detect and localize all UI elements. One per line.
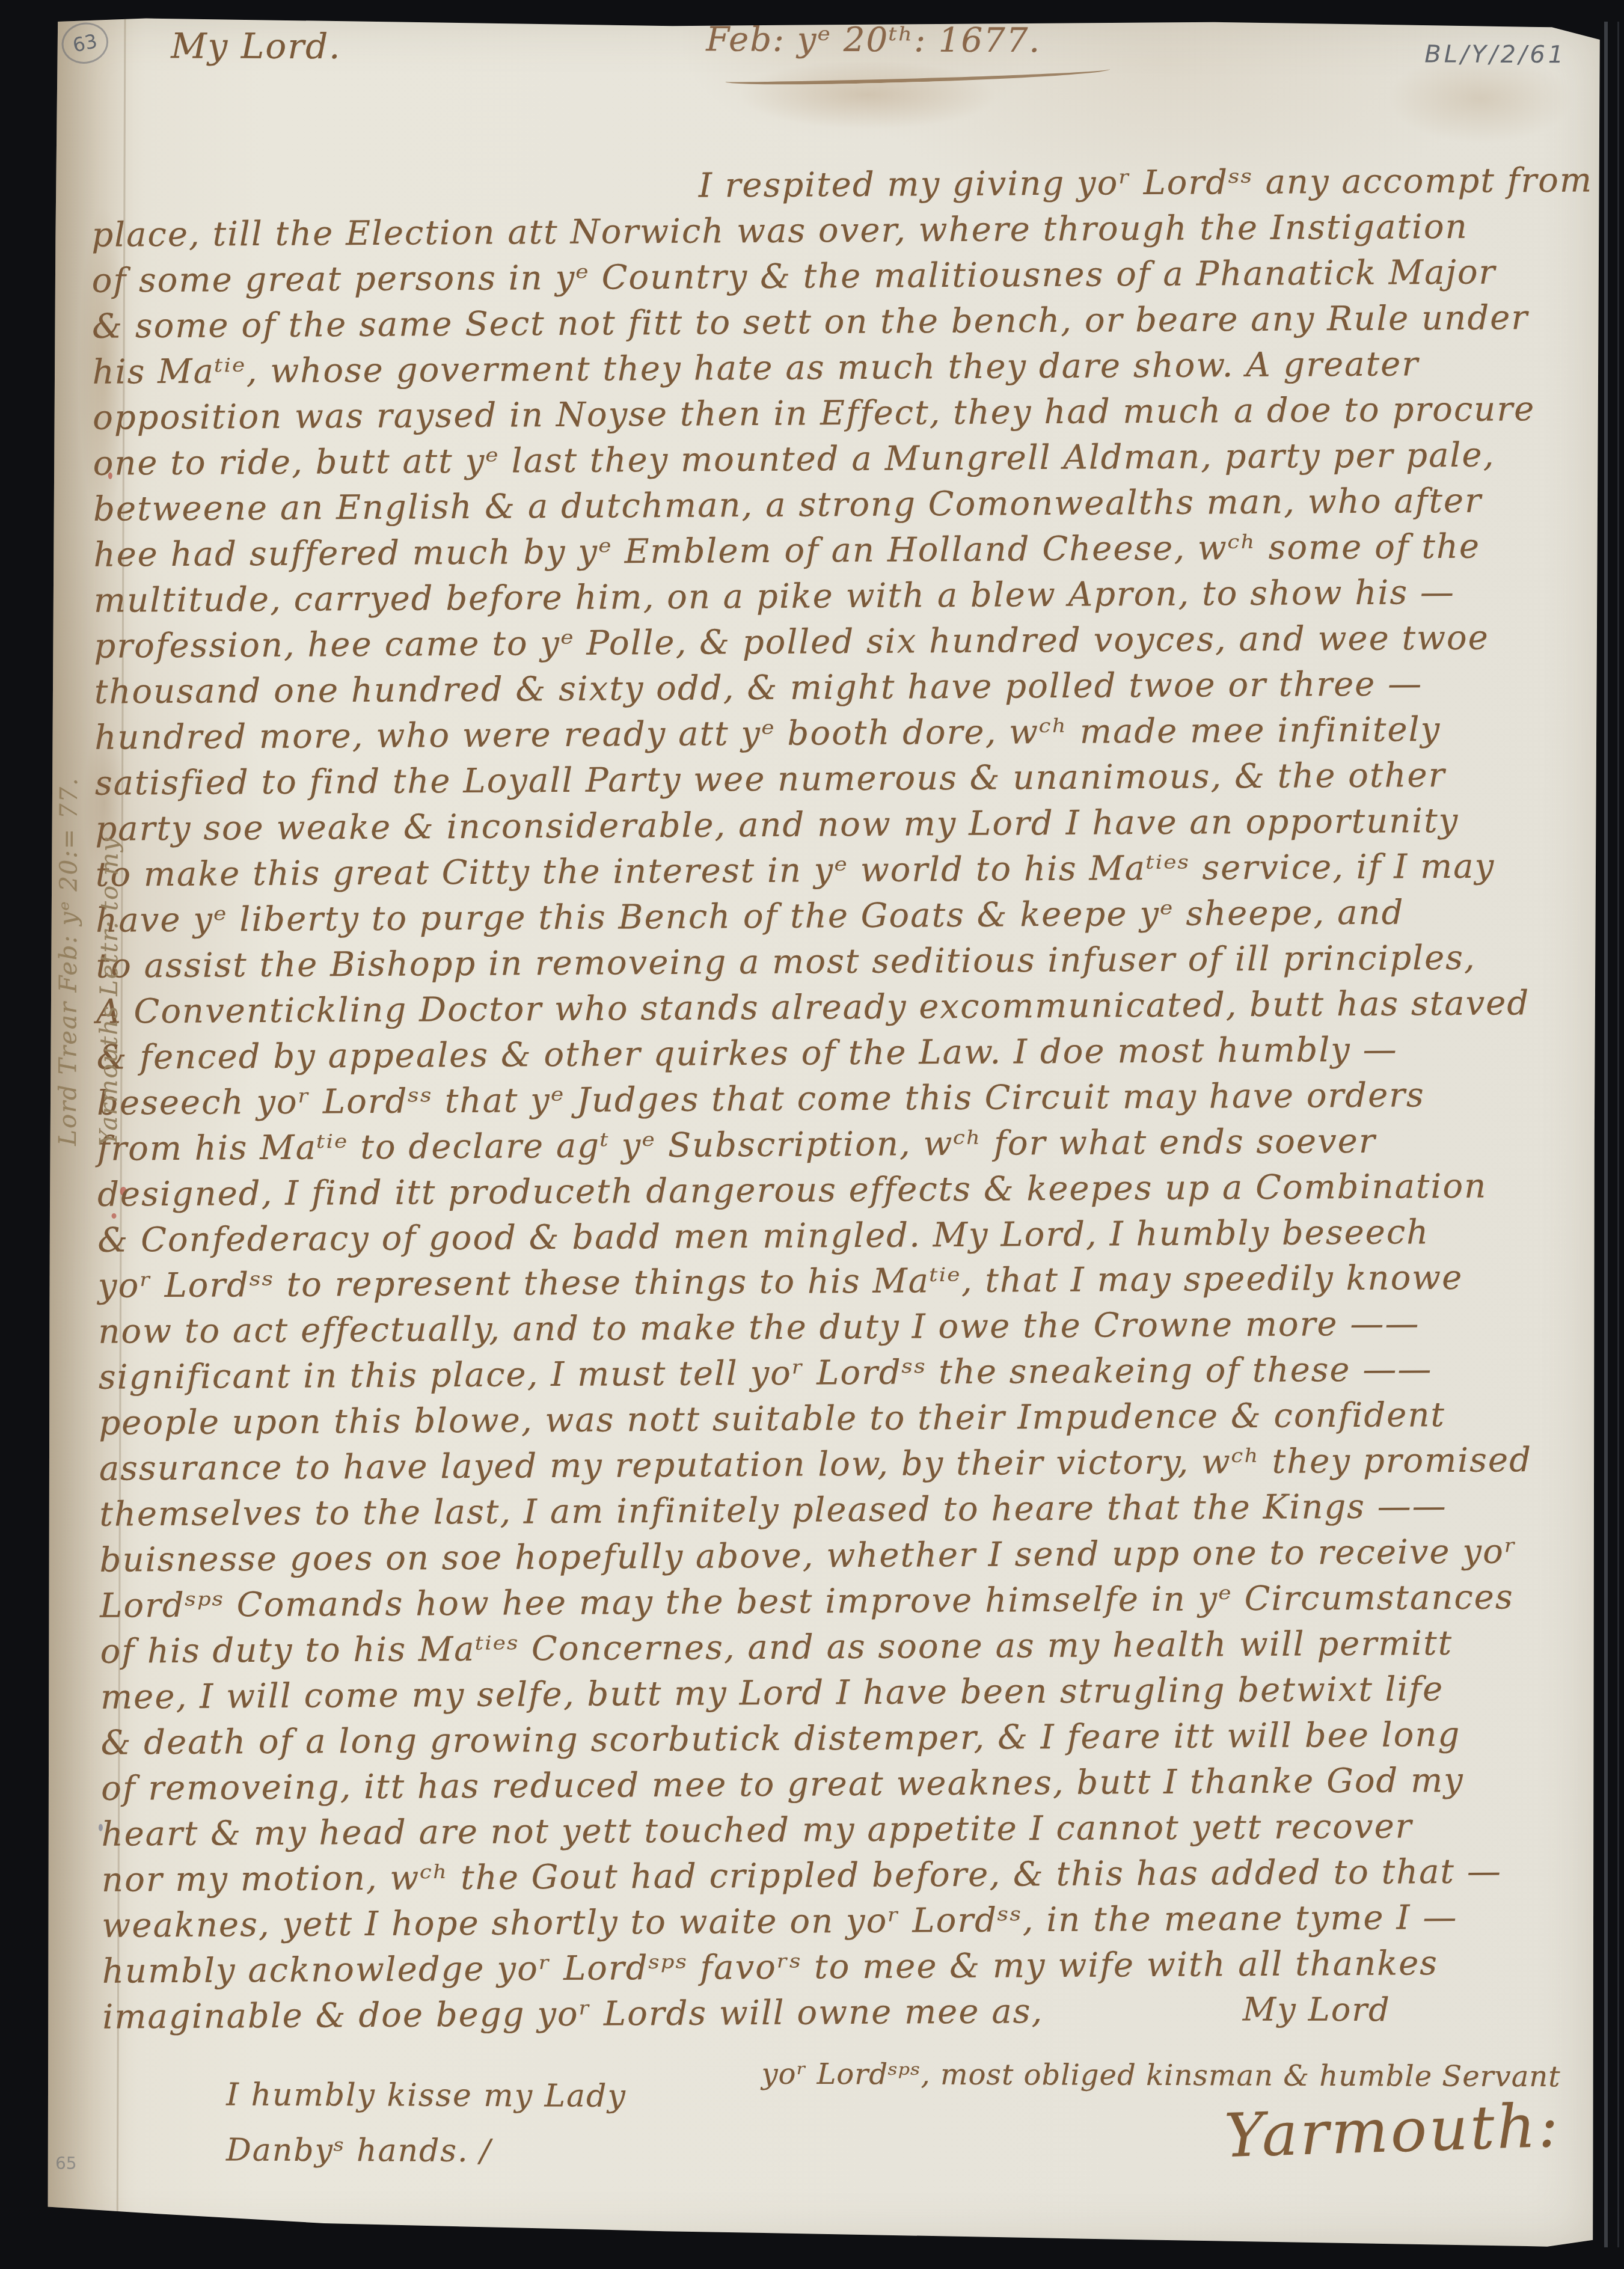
body-line: I respited my giving yoʳ Lordˢˢ any acco… [699, 158, 1586, 209]
postscript-line: I humbly kisse my Lady [226, 2068, 627, 2124]
shelfmark: BL/Y/2/61 [1424, 40, 1566, 69]
paper-sheet: 63 My Lord. Feb: yᵉ 20ᵗʰ: 1677. BL/Y/2/6… [46, 16, 1602, 2250]
body-line: humbly acknowledge yoʳ Lordˢᵖˢ favoʳˢ to… [102, 1940, 1596, 1995]
closing-address: My Lord [1243, 1990, 1391, 2029]
signature: Yarmouth: [1224, 2090, 1562, 2172]
letter-body: I respited my giving yoʳ Lordˢˢ any acco… [91, 158, 1597, 2041]
docket-line: Yarmouths Lettr: to my [88, 617, 131, 1146]
date-line: Feb: yᵉ 20ᵗʰ: 1677. [706, 20, 1041, 60]
adjacent-page-edge [1617, 22, 1619, 2247]
corner-pencil-mark: 65 [55, 2154, 77, 2173]
adjacent-page-edge [1604, 22, 1608, 2247]
docket-line: Lord Trear Feb: yᵉ 20:= 77. [47, 617, 90, 1146]
scanned-letter: 63 My Lord. Feb: yᵉ 20ᵗʰ: 1677. BL/Y/2/6… [0, 0, 1624, 2269]
closing-subscription: yoʳ Lordˢᵖˢ, most obliged kinsman & humb… [761, 2057, 1560, 2094]
folio-number-text: 63 [71, 29, 100, 57]
postscript-line: Danbyˢ hands. / [226, 2123, 627, 2179]
salutation: My Lord. [171, 25, 342, 67]
docket-endorsement: Yarmouths Lettr: to myLord Trear Feb: yᵉ… [43, 616, 135, 1164]
postscript: I humbly kisse my LadyDanbyˢ hands. / [226, 2068, 627, 2179]
